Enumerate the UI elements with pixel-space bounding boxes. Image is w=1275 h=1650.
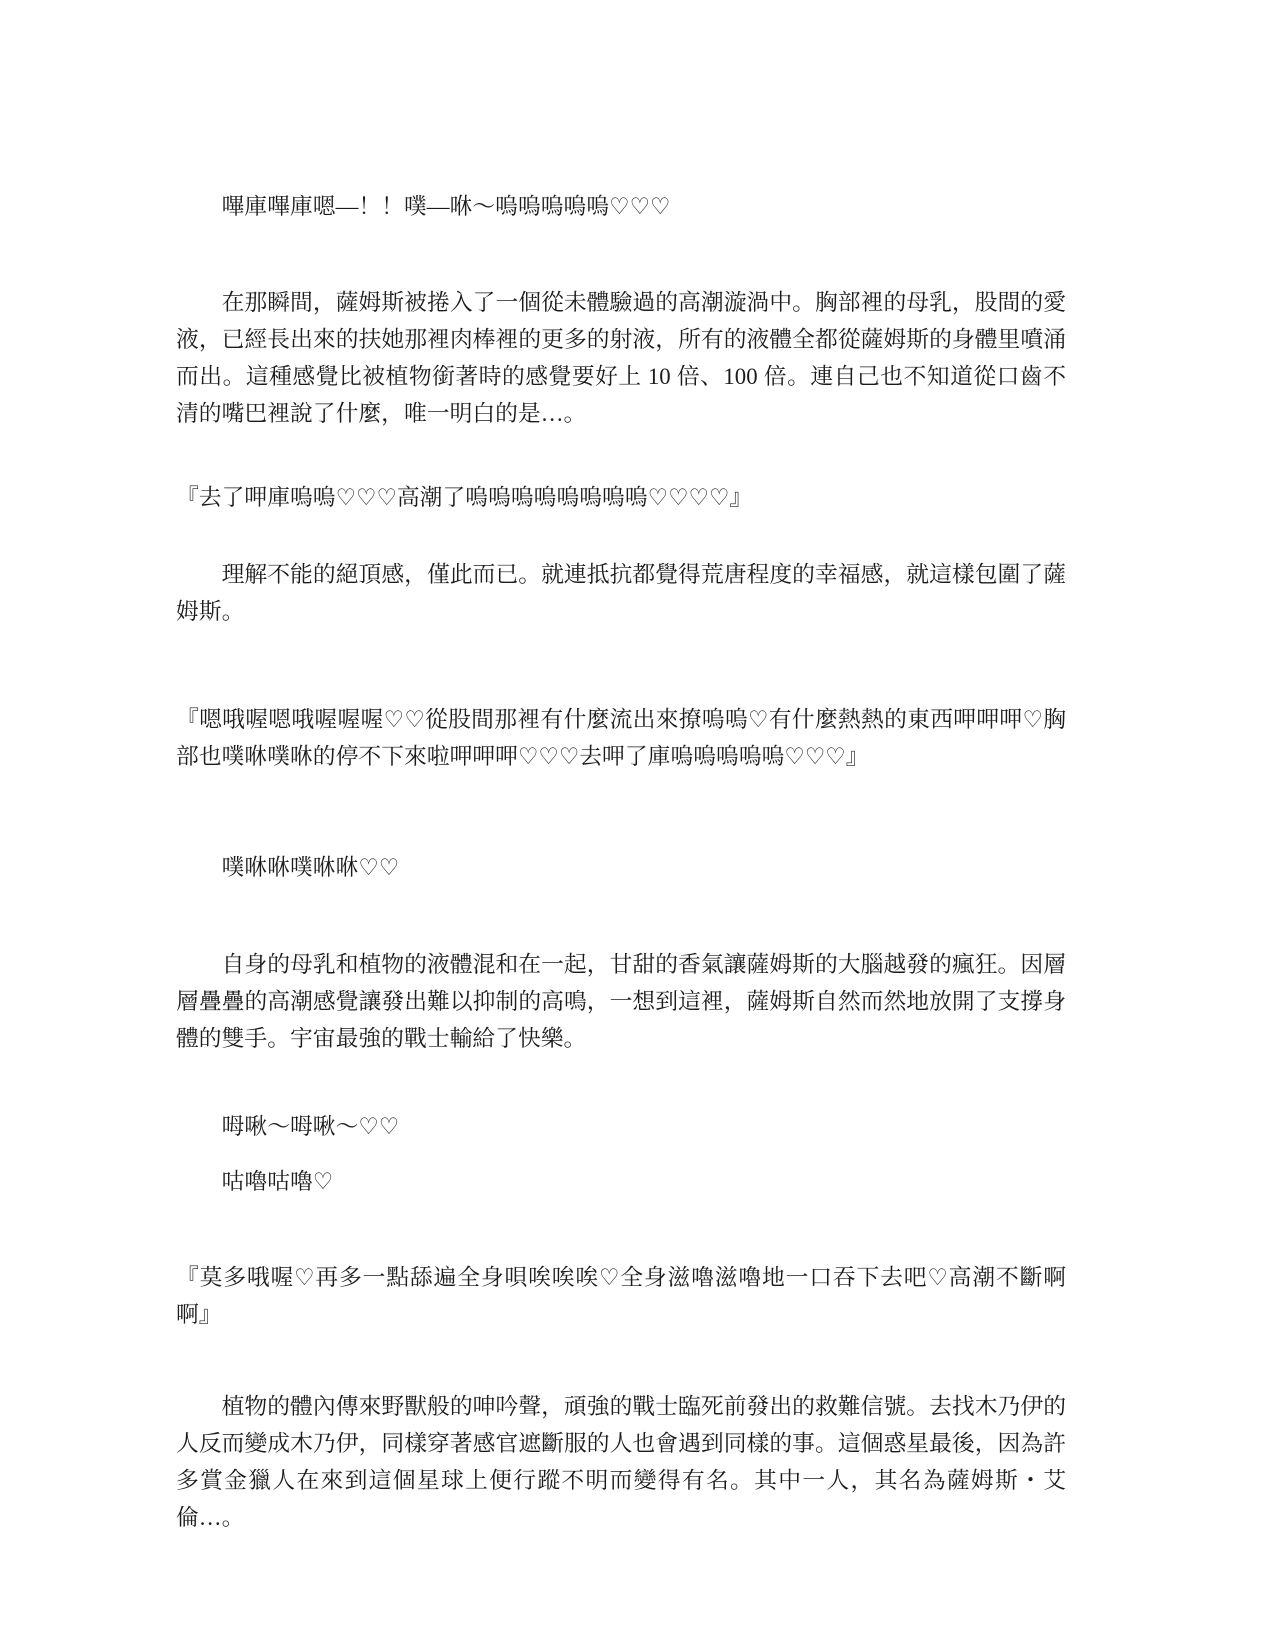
narration-paragraph: 在那瞬間，薩姆斯被捲入了一個從未體驗過的高潮漩渦中。胸部裡的母乳，股間的愛液，已… [176, 284, 1066, 432]
narration-paragraph: 理解不能的絕頂感，僅此而已。就連抵抗都覺得荒唐程度的幸福感，就這樣包圍了薩姆斯。 [176, 556, 1066, 630]
dialogue-quote: 『去了呷庫嗚嗚♡♡♡高潮了嗚嗚嗚嗚嗚嗚嗚嗚♡♡♡♡』 [176, 479, 1066, 516]
dialogue-quote: 『莫多哦喔♡再多一點舔遍全身唄唉唉唉♡全身滋嚕滋嚕地一口吞下去吧♡高潮不斷啊啊』 [176, 1259, 1066, 1333]
sfx-line: 噗咻咻噗咻咻♡♡ [176, 849, 1066, 886]
sfx-line: 呣啾～呣啾～♡♡ [176, 1108, 1066, 1145]
sfx-line: 嗶庫嗶庫嗯—！！噗—咻～嗚嗚嗚嗚嗚♡♡♡ [176, 188, 1066, 225]
dialogue-quote: 『嗯哦喔嗯哦喔喔喔♡♡從股間那裡有什麼流出來撩嗚嗚♡有什麼熱熱的東西呷呷呷♡胸部… [176, 701, 1066, 775]
sfx-line: 咕嚕咕嚕♡ [176, 1163, 1066, 1200]
narration-paragraph: 自身的母乳和植物的液體混和在一起，甘甜的香氣讓薩姆斯的大腦越發的瘋狂。因層層疊疊… [176, 946, 1066, 1057]
narration-paragraph: 植物的體內傳來野獸般的呻吟聲，頑強的戰士臨死前發出的救難信號。去找木乃伊的人反而… [176, 1388, 1066, 1536]
document-page: 嗶庫嗶庫嗯—！！噗—咻～嗚嗚嗚嗚嗚♡♡♡ 在那瞬間，薩姆斯被捲入了一個從未體驗過… [0, 0, 1275, 1650]
